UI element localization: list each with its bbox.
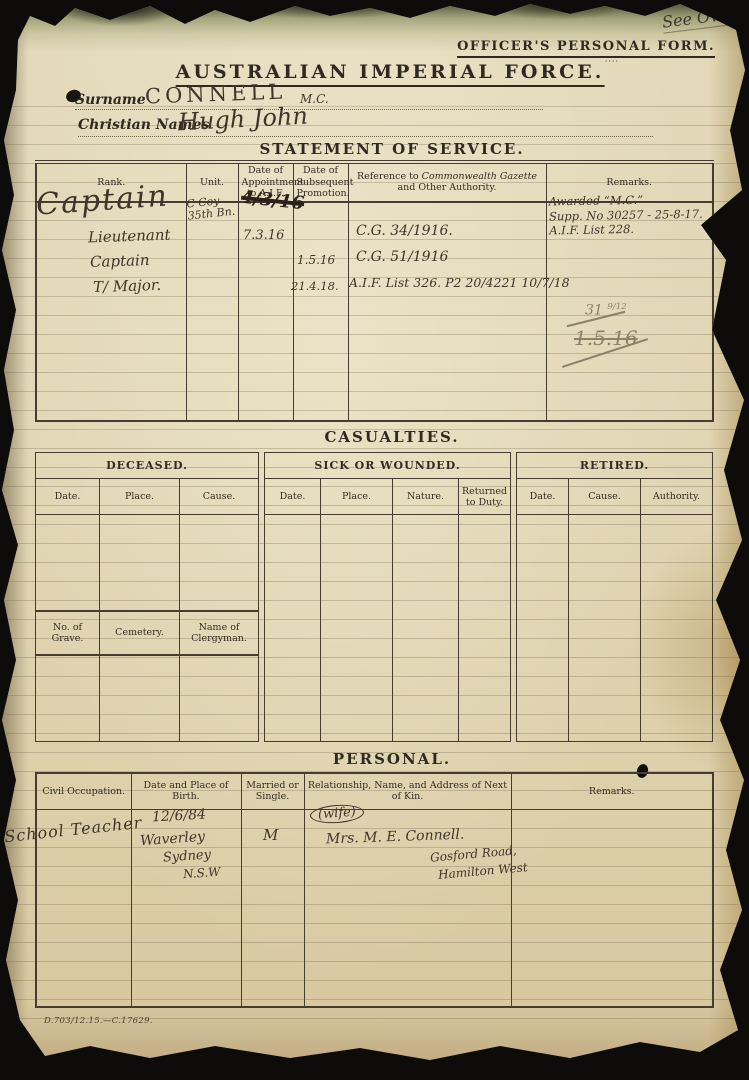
statement-heading: STATEMENT OF SERVICE. <box>259 140 524 158</box>
reference-2: C.G. 34/1916. <box>356 223 453 239</box>
form-print-code: D.703/12.15.—C.17629. <box>44 1016 153 1026</box>
married-entry: M <box>263 826 278 844</box>
left-edge-stain <box>0 0 28 1080</box>
rank-entry-4: T/ Major. <box>93 276 162 296</box>
reference-3: C.G. 51/1916 <box>356 249 448 265</box>
christian-names-rule <box>78 136 653 137</box>
surname-label: Surname <box>75 92 146 108</box>
christian-names-value: Hugh John <box>177 102 308 137</box>
remarks-entry: Awarded “M.C.” Supp. No 30257 - 25-8-17.… <box>549 192 715 238</box>
deceased-empty-row <box>36 655 259 742</box>
sick-col-place: Place. <box>321 479 393 515</box>
casualties-heading: CASUALTIES. <box>324 428 459 446</box>
sick-col-nature: Nature. <box>393 479 459 515</box>
deceased-col-cemetery: Cemetery. <box>100 611 180 655</box>
personal-col-remarks: Remarks. <box>511 773 713 809</box>
appointment-date-2: 7.3.16 <box>243 228 284 243</box>
deceased-col-place: Place. <box>100 479 180 515</box>
sick-title: SICK OR WOUNDED. <box>265 453 511 479</box>
personal-col-birth: Date and Place of Birth. <box>131 773 241 809</box>
sick-empty-row <box>265 515 511 742</box>
form-header: OFFICER'S PERSONAL FORM. <box>457 39 715 58</box>
birth-state-entry: N.S.W <box>183 865 221 882</box>
retired-col-date: Date. <box>517 479 569 515</box>
retired-col-authority: Authority. <box>641 479 713 515</box>
reference-4: A.I.F. List 326. P2 20/4221 10/7/18 <box>349 275 570 290</box>
col-gazette-reference: Reference to Commonwealth Gazette and Ot… <box>348 162 546 202</box>
retired-col-cause: Cause. <box>569 479 641 515</box>
personal-col-occupation: Civil Occupation. <box>36 773 131 809</box>
deceased-col-cause: Cause. <box>180 479 259 515</box>
personal-heading: PERSONAL. <box>333 750 451 768</box>
form-header-ornament: ···· <box>605 57 619 66</box>
casualties-sick-table: SICK OR WOUNDED. Date. Place. Nature. Re… <box>264 452 511 742</box>
retired-title: RETIRED. <box>517 453 713 479</box>
personal-col-kin: Relationship, Name, and Address of Next … <box>304 773 511 809</box>
personal-col-married: Married or Single. <box>241 773 304 809</box>
promotion-date-4: 21.4.18. <box>291 279 339 293</box>
rank-entry-2: Lieutenant <box>88 226 171 247</box>
rank-entry-3: Captain <box>90 251 150 271</box>
deceased-col-clergyman: Name of Clergyman. <box>180 611 259 655</box>
casualties-deceased-table: DECEASED. Date. Place. Cause. No. of Gra… <box>35 452 259 742</box>
surname-rule <box>75 109 543 110</box>
retired-empty-row <box>517 515 713 742</box>
sick-col-returned: Returned to Duty. <box>459 479 511 515</box>
see-over-note: See Over. <box>661 3 741 33</box>
deceased-empty-row <box>36 515 259 611</box>
pencil-note-2-struck: 1.5.16 <box>574 326 638 350</box>
casualties-retired-table: RETIRED. Date. Cause. Authority. <box>516 452 713 742</box>
birth-date-entry: 12/6/84 <box>152 807 207 826</box>
scanned-document: See Over. OFFICER'S PERSONAL FORM. ···· … <box>0 0 749 1080</box>
deceased-col-grave: No. of Grave. <box>36 611 100 655</box>
right-edge-stain <box>709 0 749 1080</box>
promotion-date-3: 1.5.16 <box>297 253 335 267</box>
paper-sheet: See Over. OFFICER'S PERSONAL FORM. ···· … <box>0 0 749 1080</box>
personal-table: Civil Occupation. Date and Place of Birt… <box>35 772 714 1008</box>
sick-col-date: Date. <box>265 479 321 515</box>
deceased-col-date: Date. <box>36 479 100 515</box>
deceased-title: DECEASED. <box>36 453 259 479</box>
